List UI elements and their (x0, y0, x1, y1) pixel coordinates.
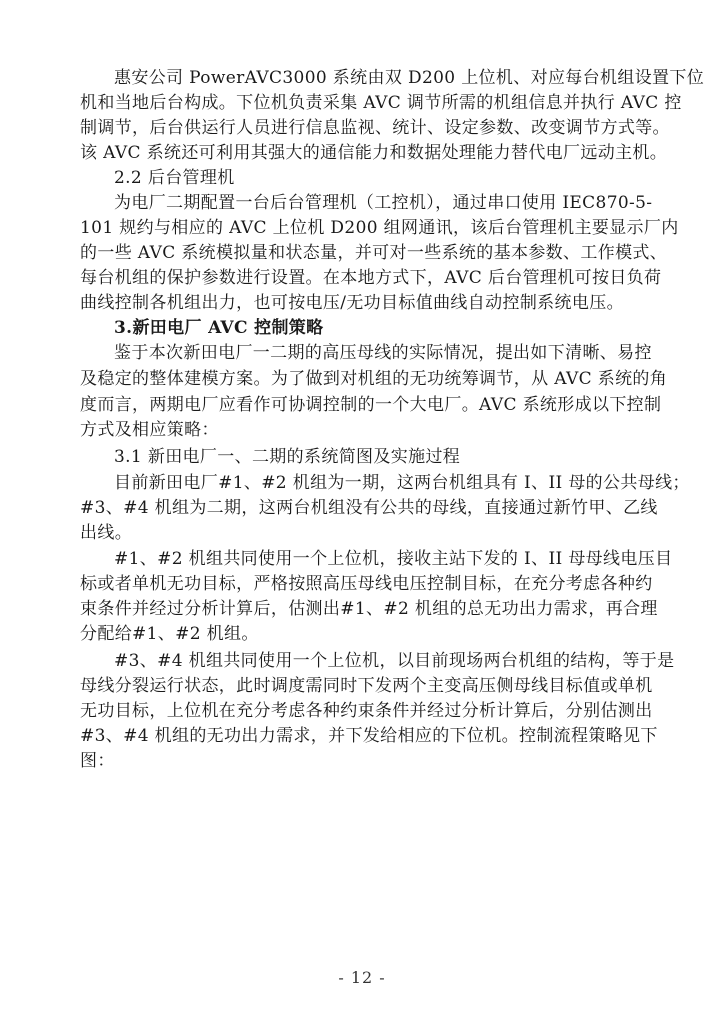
page-number: - 12 - (0, 968, 724, 988)
text-line: 每台机组的保护参数进行设置。在本地方式下，AVC 后台管理机可按日负荷 (80, 267, 658, 289)
text-line: 无功目标，上位机在充分考虑各种约束条件并经过分析计算后，分别估测出 (80, 700, 658, 722)
text-line: 度而言，两期电厂应看作可协调控制的一个大电厂。AVC 系统形成以下控制 (80, 394, 658, 416)
text-line: #1、#2 机组共同使用一个上位机，接收主站下发的 I、II 母母线电压目 (114, 548, 658, 570)
text-line: 惠安公司 PowerAVC3000 系统由双 D200 上位机、对应每台机组设置… (114, 67, 658, 89)
text-line: #3、#4 机组的无功出力需求，并下发给相应的下位机。控制流程策略见下 (80, 725, 658, 747)
text-line: 束条件并经过分析计算后，估测出#1、#2 机组的总无功出力需求，再合理 (80, 598, 658, 620)
text-line: #3、#4 机组共同使用一个上位机，以目前现场两台机组的结构，等于是 (114, 650, 658, 672)
text-line: 制调节，后台供运行人员进行信息监视、统计、设定参数、改变调节方式等。 (80, 117, 658, 139)
text-line: 及稳定的整体建模方案。为了做到对机组的无功统筹调节，从 AVC 系统的角 (80, 368, 658, 390)
text-line: 机和当地后台构成。下位机负责采集 AVC 调节所需的机组信息并执行 AVC 控 (80, 92, 658, 114)
section-heading: 3.新田电厂 AVC 控制策略 (114, 317, 658, 339)
text-line: 为电厂二期配置一台后台管理机（工控机），通过串口使用 IEC870-5- (114, 192, 658, 214)
text-line: 鉴于本次新田电厂一二期的高压母线的实际情况，提出如下清晰、易控 (114, 342, 658, 364)
text-line: 目前新田电厂#1、#2 机组为一期，这两台机组具有 I、II 母的公共母线； (114, 472, 658, 494)
text-line: 方式及相应策略： (80, 419, 658, 441)
text-line: 的一些 AVC 系统模拟量和状态量，并可对一些系统的基本参数、工作模式、 (80, 242, 658, 264)
text-line: 101 规约与相应的 AVC 上位机 D200 组网通讯，该后台管理机主要显示厂… (80, 217, 658, 239)
text-line: 出线。 (80, 522, 658, 544)
text-line: #3、#4 机组为二期，这两台机组没有公共的母线，直接通过新竹甲、乙线 (80, 497, 658, 519)
document-page: 惠安公司 PowerAVC3000 系统由双 D200 上位机、对应每台机组设置… (80, 0, 658, 1024)
text-line: 2.2 后台管理机 (114, 167, 658, 189)
text-line: 曲线控制各机组出力，也可按电压/无功目标值曲线自动控制系统电压。 (80, 292, 658, 314)
text-line: 分配给#1、#2 机组。 (80, 623, 658, 645)
text-line: 母线分裂运行状态，此时调度需同时下发两个主变高压侧母线目标值或单机 (80, 675, 658, 697)
text-line: 标或者单机无功目标，严格按照高压母线电压控制目标，在充分考虑各种约 (80, 573, 658, 595)
text-line: 3.1 新田电厂一、二期的系统简图及实施过程 (114, 446, 658, 468)
text-line: 该 AVC 系统还可利用其强大的通信能力和数据处理能力替代电厂远动主机。 (80, 142, 658, 164)
text-line: 图： (80, 750, 658, 772)
